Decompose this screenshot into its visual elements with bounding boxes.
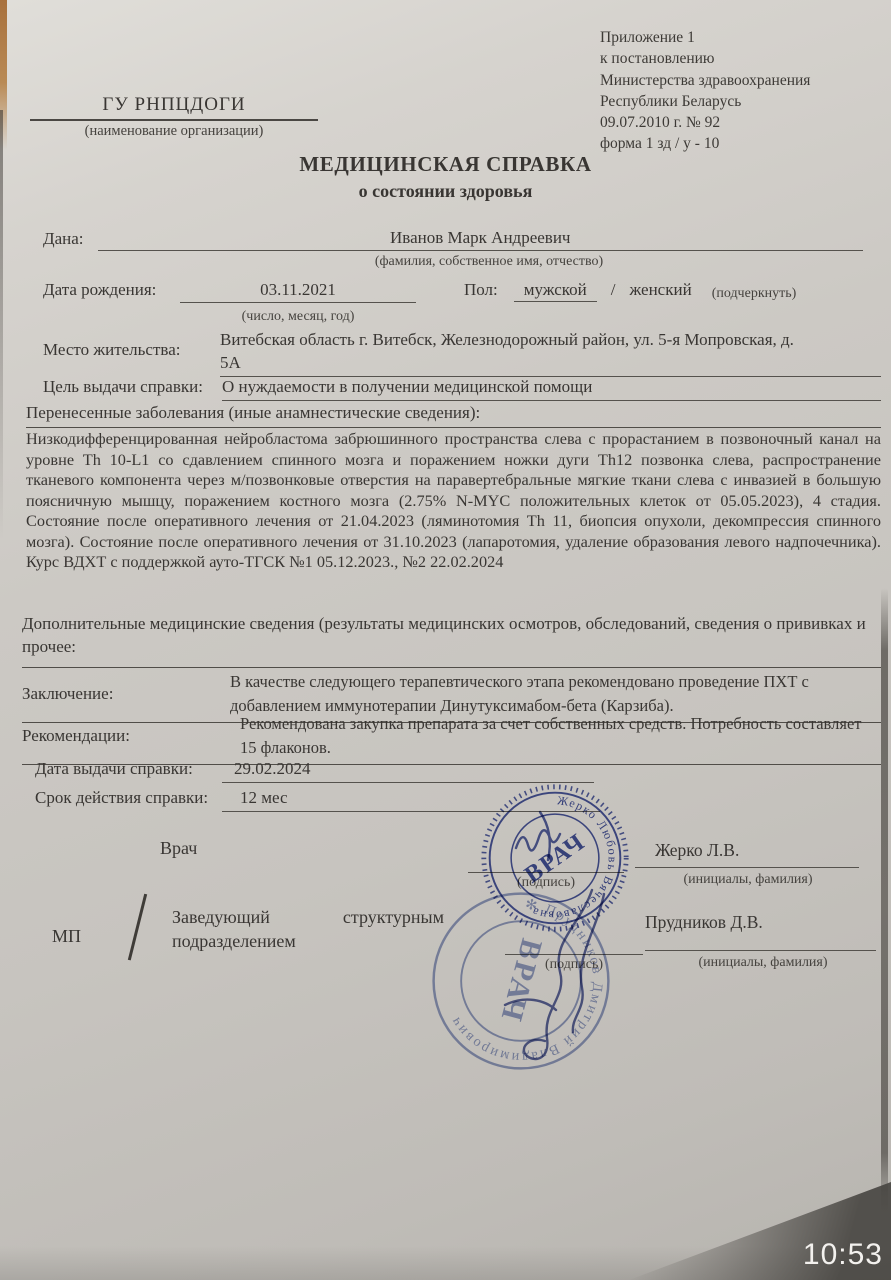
birth-date-value: 03.11.2021 bbox=[180, 280, 416, 303]
conclusion-value: В качестве следующего терапевтического э… bbox=[230, 670, 881, 718]
head-stamp-center-text: ВРАЧ bbox=[494, 935, 549, 1027]
conclusion-label: Заключение: bbox=[22, 684, 230, 704]
mp-seal-mark: МП bbox=[52, 926, 81, 947]
residence-label: Место жительства: bbox=[43, 340, 180, 360]
sex-male-option: мужской bbox=[514, 280, 597, 302]
medical-certificate-photo: ГУ РНПЦДОГИ (наименование организации) П… bbox=[0, 0, 891, 1280]
title-line1: МЕДИЦИНСКАЯ СПРАВКА bbox=[0, 152, 891, 177]
validity-label: Срок действия справки: bbox=[35, 788, 208, 808]
purpose-value: О нуждаемости в получении медицинской по… bbox=[222, 377, 881, 401]
doctor-name-caption: (инициалы, фамилия) bbox=[636, 872, 860, 888]
issue-date-label: Дата выдачи справки: bbox=[35, 759, 193, 779]
sex-label: Пол: bbox=[464, 280, 498, 300]
head-role-label: Заведующий структурным подразделением bbox=[172, 905, 444, 953]
title-line2: о состоянии здоровья bbox=[0, 181, 891, 202]
document-title: МЕДИЦИНСКАЯ СПРАВКА о состоянии здоровья bbox=[0, 152, 891, 202]
additional-info-label: Дополнительные медицинские сведения (рез… bbox=[22, 613, 881, 668]
anamnesis-label: Перенесенные заболевания (иные анамнести… bbox=[26, 403, 881, 428]
organization-caption: (наименование организации) bbox=[30, 123, 318, 140]
doctor-role-label: Врач bbox=[160, 838, 197, 859]
slash-mark bbox=[128, 894, 147, 961]
recommendations-value: Рекомендована закупка препарата за счет … bbox=[240, 712, 881, 760]
organization-block: ГУ РНПЦДОГИ (наименование организации) bbox=[30, 94, 318, 140]
field-sex: Пол: мужской / женский (подчеркнуть) bbox=[464, 280, 796, 302]
anamnesis-text: Низкодифференцированная нейробластома за… bbox=[26, 429, 881, 573]
recommendations-label: Рекомендации: bbox=[22, 726, 240, 746]
legal-reference: Приложение 1 к постановлению Министерств… bbox=[600, 27, 810, 155]
head-name-line bbox=[645, 926, 876, 951]
purpose-label: Цель выдачи справки: bbox=[43, 377, 203, 397]
head-stamp: ✻ Прудников Дмитрий Владимирович ВРАЧ bbox=[426, 886, 616, 1076]
clock-overlay: 10:53 bbox=[803, 1238, 883, 1272]
field-given-to: Дана: Иванов Марк Андреевич bbox=[43, 228, 863, 251]
head-name-caption: (инициалы, фамилия) bbox=[650, 955, 876, 971]
given-to-caption: (фамилия, собственное имя, отчество) bbox=[115, 254, 863, 270]
sex-caption: (подчеркнуть) bbox=[712, 286, 797, 302]
given-to-value: Иванов Марк Андреевич bbox=[98, 228, 863, 251]
residence-value: Витебская область г. Витебск, Железнодор… bbox=[220, 328, 881, 377]
doctor-stamp-center-text: ВРАЧ bbox=[520, 828, 591, 889]
birth-date-caption: (число, месяц, год) bbox=[180, 309, 416, 325]
doctor-name-line bbox=[635, 842, 859, 868]
paper-right-edge bbox=[881, 588, 888, 1216]
birth-date-label: Дата рождения: bbox=[43, 280, 156, 300]
sex-separator: / bbox=[611, 280, 616, 300]
given-to-label: Дана: bbox=[43, 229, 84, 251]
organization-name: ГУ РНПЦДОГИ bbox=[30, 94, 318, 121]
field-recommendations: Рекомендации: Рекомендована закупка преп… bbox=[22, 712, 881, 765]
sex-female-option: женский bbox=[630, 280, 692, 300]
